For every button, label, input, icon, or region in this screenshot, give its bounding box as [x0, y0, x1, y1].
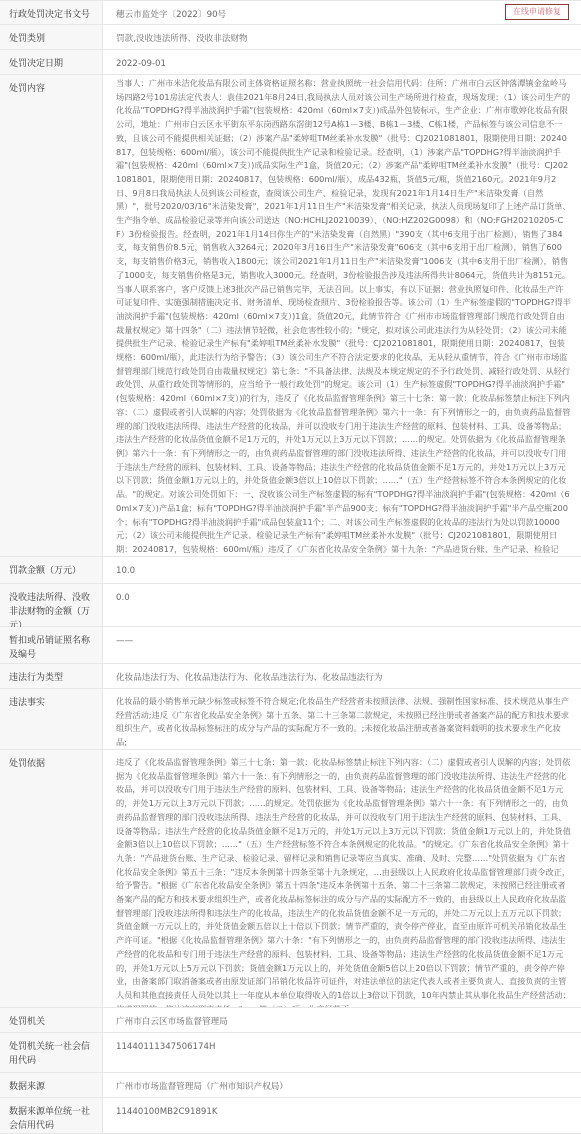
value-authority-credit-code: 11440111347506174H	[103, 1033, 581, 1072]
value-decision-number: 穗云市监处字〔2022〕90号 在线申请修复	[103, 1, 581, 24]
row-source-credit-code: 数据来源单位统一社会信用代码 11440100MB2C91891K	[0, 1098, 581, 1134]
label-penalty-type: 处罚类别	[0, 25, 103, 49]
label-data-source: 数据来源	[0, 1073, 103, 1097]
label-source-credit-code: 数据来源单位统一社会信用代码	[0, 1098, 103, 1133]
value-illegal-facts: 化妆品的最小销售单元缺少标签或标签不符合规定;化妆品生产经营者未按照法律、法规、…	[103, 689, 581, 749]
row-penalty-basis: 处罚依据 违反了《化妆品监督管理条例》第三十七条：第一款：化妆品标签禁止标注下列…	[0, 750, 581, 1008]
value-data-source: 广州市市场监督管理局（广州市知识产权局）	[103, 1073, 581, 1097]
label-confiscation-amount: 没收违法所得、没收非法财物的金额（万元）	[0, 584, 103, 626]
label-illegal-facts: 违法事实	[0, 689, 103, 749]
row-illegal-facts: 违法事实 化妆品的最小销售单元缺少标签或标签不符合规定;化妆品生产经营者未按照法…	[0, 689, 581, 750]
row-fine-amount: 罚款金额（万元） 10.0	[0, 557, 581, 584]
decision-number-text: 穗云市监处字〔2022〕90号	[116, 10, 226, 20]
label-authority-credit-code: 处罚机关统一社会信用代码	[0, 1033, 103, 1072]
value-confiscation-amount: 0.0	[103, 584, 581, 626]
value-violation-type: 化妆品违法行为、化妆品违法行为、化妆品违法行为、化妆品违法行为	[103, 664, 581, 688]
value-penalty-basis: 违反了《化妆品监督管理条例》第三十七条：第一款：化妆品标签禁止标注下列内容：（二…	[103, 750, 581, 1007]
apply-repair-button[interactable]: 在线申请修复	[505, 4, 569, 20]
value-penalty-content: 当事人：广州市米洁化妆品有限公司主体资格证照名称：营业执照统一社会信用代码：住所…	[103, 75, 581, 556]
row-license-revoked: 暂扣或吊销证照名称及编号 ——	[0, 627, 581, 664]
value-penalty-authority: 广州市白云区市场监督管理局	[103, 1008, 581, 1032]
row-violation-type: 违法行为类型 化妆品违法行为、化妆品违法行为、化妆品违法行为、化妆品违法行为	[0, 664, 581, 689]
value-penalty-type: 罚款,没收违法所得、没收非法财物	[103, 25, 581, 49]
value-source-credit-code: 11440100MB2C91891K	[103, 1098, 581, 1133]
row-penalty-type: 处罚类别 罚款,没收违法所得、没收非法财物	[0, 25, 581, 50]
row-decision-number: 行政处罚决定书文号 穗云市监处字〔2022〕90号 在线申请修复	[0, 1, 581, 25]
label-decision-date: 处罚决定日期	[0, 50, 103, 74]
penalty-detail-table: 行政处罚决定书文号 穗云市监处字〔2022〕90号 在线申请修复 处罚类别 罚款…	[0, 0, 581, 1134]
row-penalty-content: 处罚内容 当事人：广州市米洁化妆品有限公司主体资格证照名称：营业执照统一社会信用…	[0, 75, 581, 557]
label-penalty-authority: 处罚机关	[0, 1008, 103, 1032]
label-license-revoked: 暂扣或吊销证照名称及编号	[0, 627, 103, 663]
value-decision-date: 2022-09-01	[103, 50, 581, 74]
label-penalty-basis: 处罚依据	[0, 750, 103, 1007]
label-violation-type: 违法行为类型	[0, 664, 103, 688]
label-fine-amount: 罚款金额（万元）	[0, 557, 103, 583]
row-penalty-authority: 处罚机关 广州市白云区市场监督管理局	[0, 1008, 581, 1033]
label-penalty-content: 处罚内容	[0, 75, 103, 556]
row-data-source: 数据来源 广州市市场监督管理局（广州市知识产权局）	[0, 1073, 581, 1098]
row-confiscation-amount: 没收违法所得、没收非法财物的金额（万元） 0.0	[0, 584, 581, 627]
label-decision-number: 行政处罚决定书文号	[0, 1, 103, 24]
value-license-revoked: ——	[103, 627, 581, 663]
value-fine-amount: 10.0	[103, 557, 581, 583]
row-authority-credit-code: 处罚机关统一社会信用代码 11440111347506174H	[0, 1033, 581, 1073]
row-decision-date: 处罚决定日期 2022-09-01	[0, 50, 581, 75]
